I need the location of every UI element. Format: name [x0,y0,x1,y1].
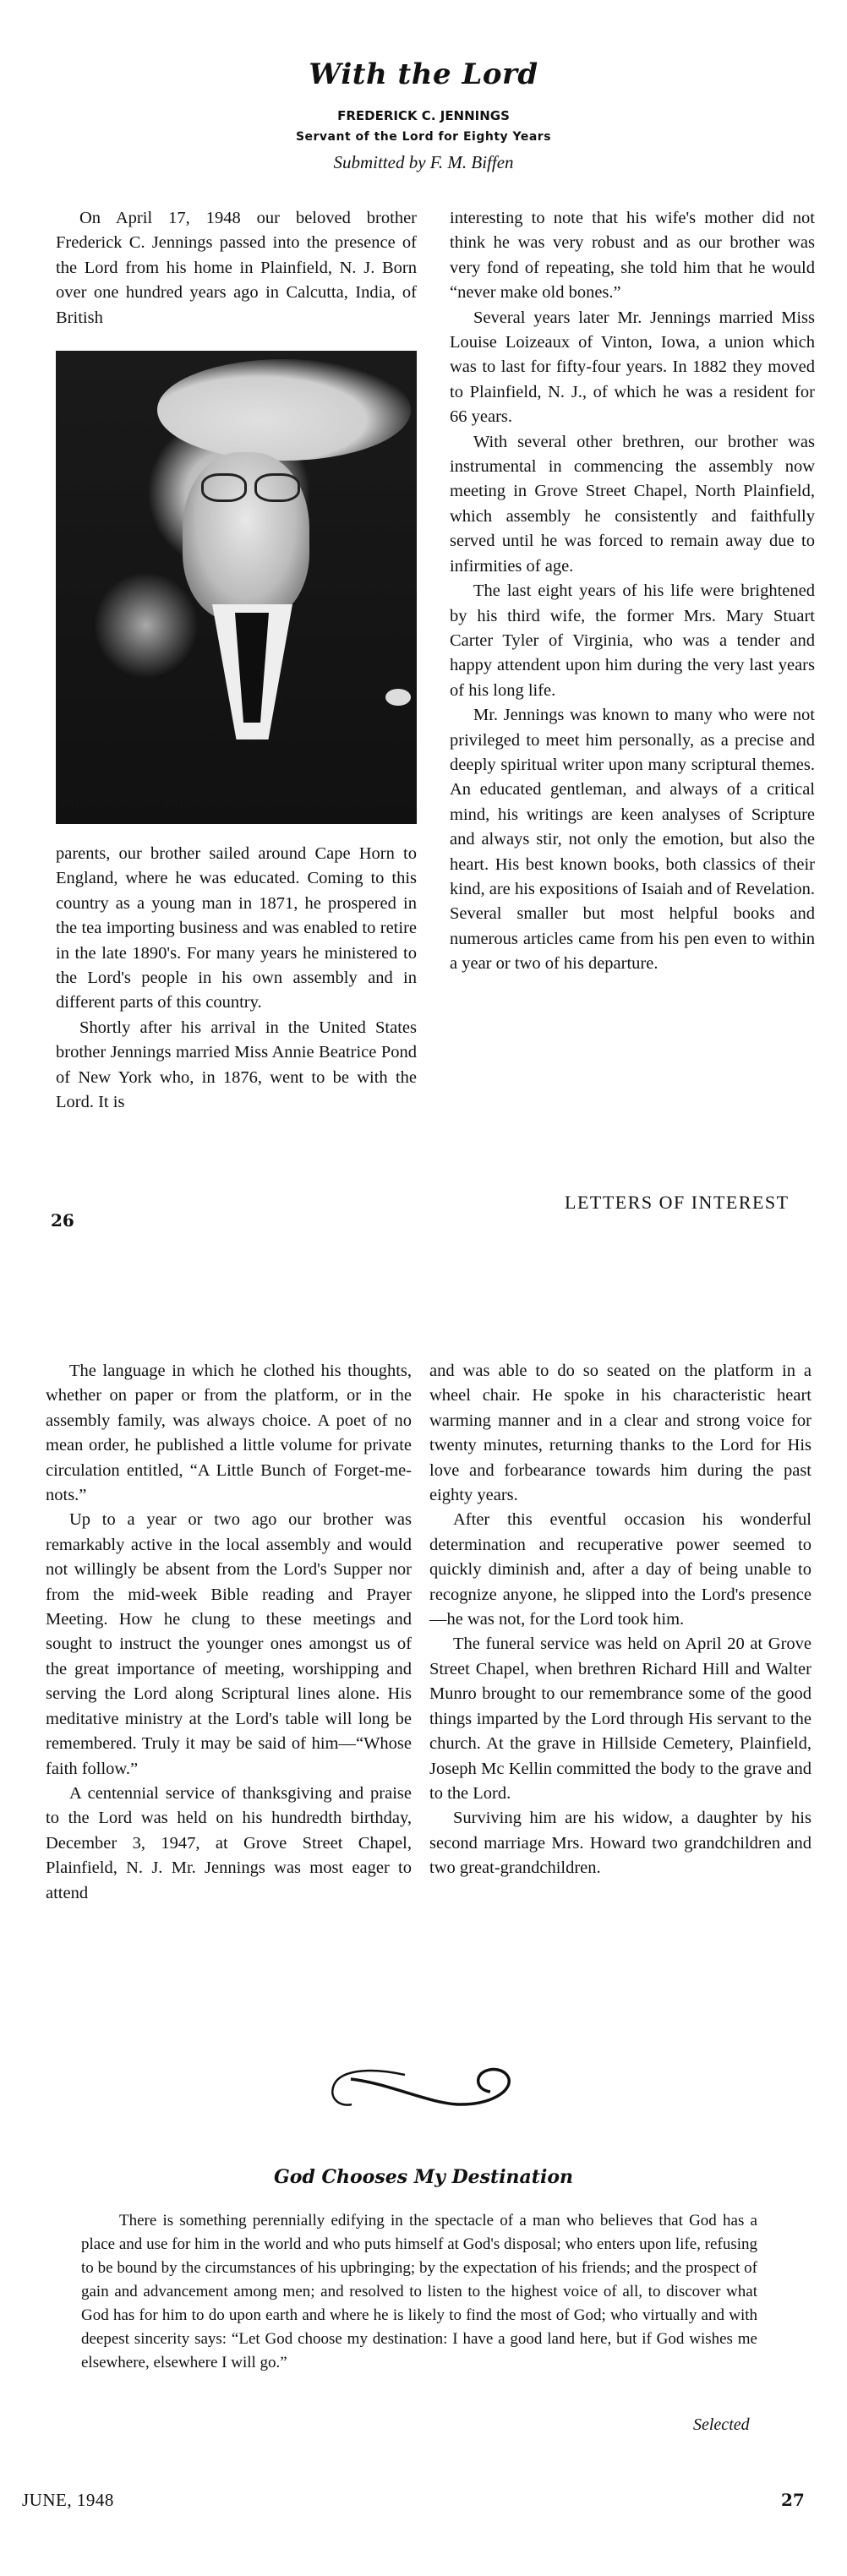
subject-subtitle: Servant of the Lord for Eighty Years [0,130,847,144]
sidebar-article-body: There is something perennially edifying … [81,2209,757,2375]
left-column-top: On April 17, 1948 our beloved brother Fr… [56,206,417,330]
photo-glasses-left [201,473,247,502]
portrait-photo [56,351,417,824]
page-26: With the Lord FREDERICK C. JENNINGS Serv… [0,0,847,1285]
left-column-bottom: parents, our brother sailed around Cape … [56,842,417,1115]
page-number: 26 [51,1210,74,1231]
paragraph: interesting to note that his wife's moth… [450,206,815,306]
article-title: With the Lord [0,57,847,91]
right-column: interesting to note that his wife's moth… [450,206,815,977]
paragraph: Shortly after his arrival in the United … [56,1016,417,1116]
issue-date: JUNE, 1948 [22,2490,114,2511]
left-column: The language in which he clothed his tho… [46,1359,412,1906]
page-number: 27 [781,2490,805,2510]
paragraph: parents, our brother sailed around Cape … [56,842,417,1016]
paragraph: The language in which he clothed his tho… [46,1359,412,1508]
paragraph: A centennial service of thanksgiving and… [46,1782,412,1906]
paragraph: Surviving him are his widow, a daughter … [429,1806,811,1880]
paragraph: and was able to do so seated on the plat… [429,1359,811,1508]
photo-glasses-right [254,473,300,502]
page-27: The language in which he clothed his tho… [0,1285,847,2576]
paragraph: Several years later Mr. Jennings married… [450,306,815,430]
byline: Submitted by F. M. Biffen [0,152,847,173]
paragraph: The funeral service was held on April 20… [429,1632,811,1806]
paragraph: The last eight years of his life were br… [450,579,815,703]
sidebar-article-title: God Chooses My Destination [0,2166,847,2188]
paragraph: Mr. Jennings was known to many who were … [450,703,815,976]
right-column: and was able to do so seated on the plat… [429,1359,811,1881]
paragraph: After this eventful occasion his wonderf… [429,1508,811,1632]
paragraph: Up to a year or two ago our brother was … [46,1508,412,1781]
attribution: Selected [693,2415,750,2435]
subject-name: FREDERICK C. JENNINGS [0,108,847,123]
flourish-ornament-icon [313,2066,516,2126]
paragraph: With several other brethren, our brother… [450,430,815,579]
running-head: LETTERS OF INTEREST [565,1192,790,1214]
paragraph: There is something perennially edifying … [81,2209,757,2375]
photo-hair [157,359,411,461]
photo-pocket-square [385,689,411,706]
paragraph: On April 17, 1948 our beloved brother Fr… [56,206,417,330]
